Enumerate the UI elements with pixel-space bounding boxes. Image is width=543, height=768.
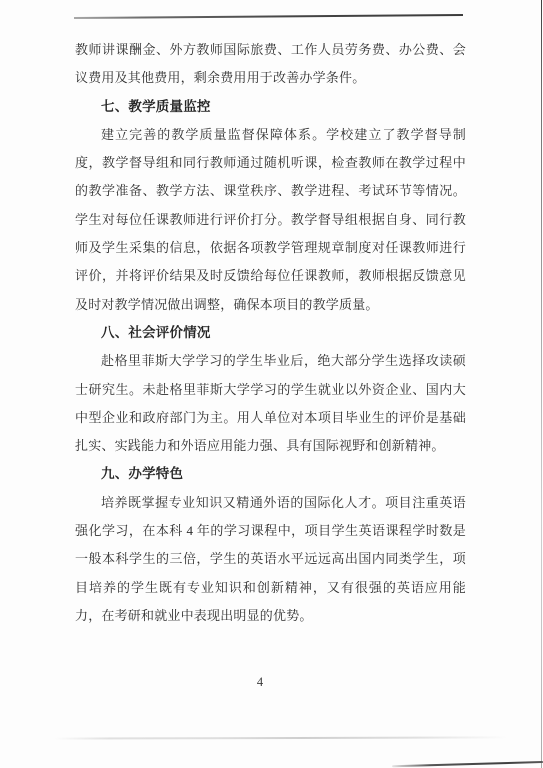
document-body: 教师讲课酬金、外方教师国际旅费、工作人员劳务费、办公费、会议费用及其他费用，剩余…	[75, 36, 466, 630]
section-heading-social-evaluation: 八、社会评价情况	[75, 319, 466, 347]
scan-smudge-line	[55, 736, 507, 739]
header-rule	[74, 14, 463, 19]
section-heading-teaching-quality-monitoring: 七、教学质量监控	[75, 93, 466, 121]
page-number: 4	[248, 670, 272, 694]
section-paragraph-school-running-features: 培养既掌握专业知识又精通外语的国际化人才。项目注重英语强化学习，在本科 4 年的…	[75, 489, 466, 630]
scan-artifact-bottom-line	[392, 761, 543, 767]
continuation-paragraph: 教师讲课酬金、外方教师国际旅费、工作人员劳务费、办公费、会议费用及其他费用，剩余…	[75, 36, 466, 93]
section-paragraph-social-evaluation: 赴格里菲斯大学学习的学生毕业后，绝大部分学生选择攻读硕士研究生。未赴格里菲斯大学…	[75, 347, 466, 460]
section-paragraph-teaching-quality: 建立完善的教学质量监督保障体系。学校建立了教学督导制度，教学督导组和同行教师通过…	[75, 121, 466, 319]
scanned-page: 教师讲课酬金、外方教师国际旅费、工作人员劳务费、办公费、会议费用及其他费用，剩余…	[0, 0, 543, 768]
section-heading-school-running-features: 九、办学特色	[75, 460, 466, 488]
scan-edge-artifact-right	[541, 0, 543, 768]
